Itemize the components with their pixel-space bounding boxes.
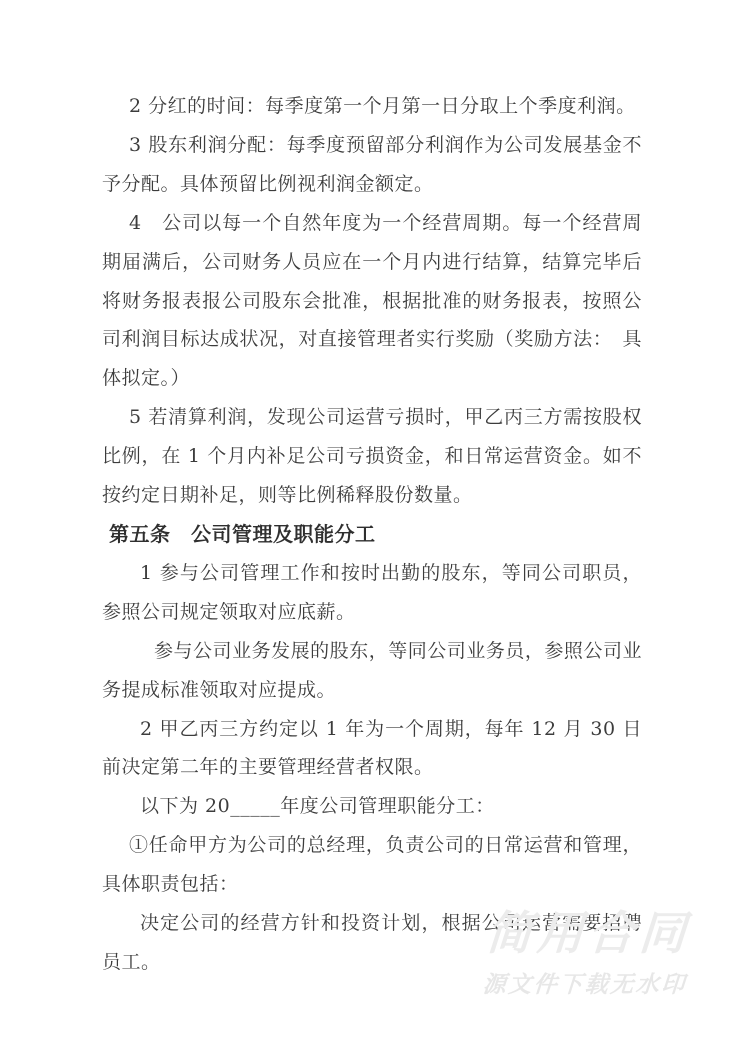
clause-loss-makeup: 5 若清算利润，发现公司运营亏损时，甲乙丙三方需按股权比例，在 1 个月内补足公…	[102, 398, 642, 515]
clause-general-manager-appointment: ①任命甲方为公司的总经理，负责公司的日常运营和管理，具体职责包括：	[102, 826, 642, 904]
section-heading-article-5: 第五条 公司管理及职能分工	[102, 515, 642, 554]
watermark-brand-text: 简用合同	[485, 908, 693, 959]
clause-business-commission: 参与公司业务发展的股东，等同公司业务员，参照公司业务提成标准领取对应提成。	[102, 632, 642, 710]
clause-operating-cycle-settlement: 4 公司以每一个自然年度为一个经营周期。每一个经营周期届满后，公司财务人员应在一…	[102, 204, 642, 399]
watermark-tagline-text: 源文件下载无水印	[482, 966, 688, 999]
contract-body: 2 分红的时间：每季度第一个月第一日分取上个季度利润。 3 股东利润分配：每季度…	[102, 87, 642, 982]
clause-year-division-intro: 以下为 20_____年度公司管理职能分工：	[102, 787, 642, 826]
clause-management-base-salary: 1 参与公司管理工作和按时出勤的股东，等同公司职员，参照公司规定领取对应底薪。	[102, 554, 642, 632]
clause-annual-cycle-decision: 2 甲乙丙三方约定以 1 年为一个周期，每年 12 月 30 日前决定第二年的主…	[102, 710, 642, 788]
clause-dividend-time: 2 分红的时间：每季度第一个月第一日分取上个季度利润。	[102, 87, 642, 126]
watermark: 简用合同 源文件下载无水印	[482, 908, 692, 999]
clause-shareholder-profit-distribution: 3 股东利润分配：每季度预留部分利润作为公司发展基金不予分配。具体预留比例视利润…	[102, 126, 642, 204]
document-page: 2 分红的时间：每季度第一个月第一日分取上个季度利润。 3 股东利润分配：每季度…	[0, 0, 742, 1049]
